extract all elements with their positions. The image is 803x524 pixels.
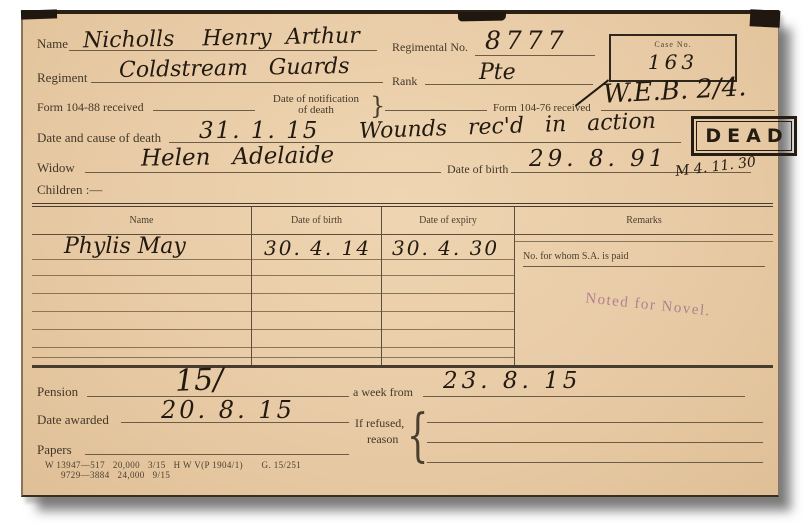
form-104-76-value: W.E.B. 2/4.: [602, 74, 747, 107]
notification-write-line: [385, 110, 487, 111]
children-table: Name Date of birth Date of expiry Remark…: [32, 203, 773, 368]
case-no-value: 163: [611, 50, 735, 74]
notification-label-line2: of death: [263, 105, 369, 116]
regiment-value: Coldstream Guards: [119, 56, 350, 82]
widow-dob-label: Date of birth: [447, 162, 508, 177]
child-name-value: Phylis May: [64, 236, 186, 258]
death-date-value: 31. 1. 15: [199, 120, 319, 143]
children-header-remarks: Remarks: [515, 207, 773, 234]
refused-brace-icon: {: [407, 402, 428, 468]
children-dob-column: 30. 4. 14: [252, 235, 382, 365]
children-header-dob: Date of birth: [252, 207, 382, 234]
regiment-label: Regiment: [37, 70, 88, 86]
if-refused-label-line2: reason: [367, 432, 398, 447]
refused-line-2: [427, 442, 763, 443]
child-dob-value: 30. 4. 14: [264, 238, 371, 258]
children-table-body: Phylis May 30. 4. 14 30. 4. 30: [32, 235, 773, 365]
regimental-no-label: Regimental No.: [392, 40, 468, 55]
rank-value: Pte: [479, 62, 516, 84]
pension-amount-value: 15/: [174, 365, 223, 397]
papers-write-line: [85, 454, 349, 455]
death-cause-value: Wounds rec'd in action: [359, 111, 657, 143]
death-label: Date and cause of death: [37, 130, 161, 146]
notification-brace-icon: }: [370, 92, 385, 120]
children-header-expiry: Date of expiry: [382, 207, 515, 234]
dead-stamp-text: DEAD: [696, 121, 792, 151]
pension-label: Pension: [37, 384, 78, 400]
children-expiry-column: 30. 4. 30: [382, 235, 515, 365]
regimental-no-write-line: [475, 55, 595, 56]
children-remarks-cell: No. for whom S.A. is paid Noted for Nove…: [515, 235, 773, 365]
pension-record-card: Name Nicholls Henry Arthur Regimental No…: [21, 10, 779, 497]
papers-label: Papers: [37, 442, 72, 458]
widow-label: Widow: [37, 160, 75, 176]
sa-paid-label: No. for whom S.A. is paid: [523, 251, 765, 267]
name-label: Name: [37, 36, 68, 52]
week-from-label: a week from: [353, 385, 413, 400]
top-notch-mark: [458, 12, 506, 22]
children-label: Children :—: [37, 182, 102, 198]
widow-name-value: Helen Adelaide: [141, 144, 334, 170]
children-name-column: Phylis May: [32, 235, 252, 365]
if-refused-label-line1: If refused,: [355, 416, 404, 431]
regimental-no-value: 8777: [485, 28, 569, 53]
printer-imprint-line2: 9729—3884 24,000 9/15: [61, 470, 170, 480]
date-awarded-value: 20. 8. 15: [161, 398, 295, 422]
dead-stamp: DEAD: [691, 116, 797, 156]
form-104-88-label: Form 104-88 received: [37, 100, 144, 115]
name-value: Nicholls Henry Arthur: [83, 26, 360, 53]
form-104-88-write-line: [153, 110, 255, 111]
refused-line-3: [427, 462, 763, 463]
scan-background: Name Nicholls Henry Arthur Regimental No…: [0, 0, 803, 524]
refused-line-1: [427, 422, 763, 423]
rank-label: Rank: [392, 74, 417, 89]
widow-write-line: [85, 172, 441, 173]
noted-for-novel-stamp: Noted for Novel.: [533, 285, 764, 326]
case-no-label: Case No.: [611, 40, 735, 49]
week-from-write-line: [423, 396, 745, 397]
children-header-name: Name: [32, 207, 252, 234]
week-from-value: 23. 8. 15: [443, 370, 581, 393]
widow-dob-value: 29. 8. 91: [529, 148, 667, 171]
children-table-header-row: Name Date of birth Date of expiry Remark…: [32, 207, 773, 235]
child-expiry-value: 30. 4. 30: [392, 238, 499, 258]
margin-note-value: M 4. 11. 30: [674, 155, 756, 179]
top-right-corner-mark: [750, 9, 781, 28]
printer-imprint-line1: W 13947—517 20,000 3/15 H W V(P 1904/1) …: [45, 460, 301, 470]
date-awarded-label: Date awarded: [37, 412, 109, 428]
top-left-edge-mark: [21, 9, 57, 19]
